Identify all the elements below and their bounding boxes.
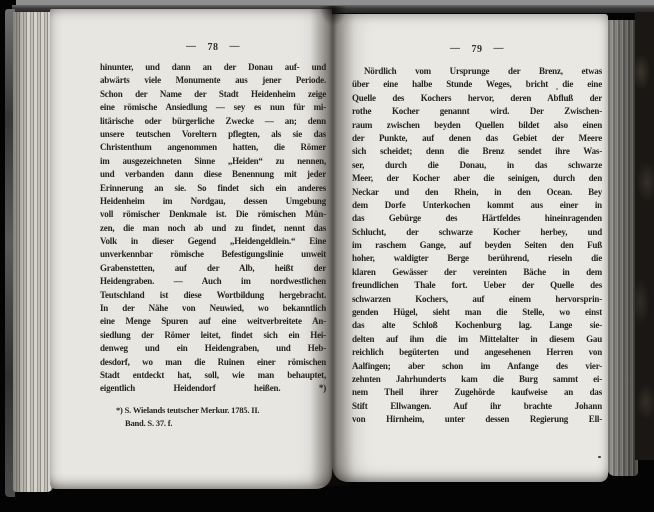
text-line: zehnten Jahrhunderts kam die Burg sammt …	[352, 373, 602, 386]
text-line: eine Menge Spuren auf eine weitverbreite…	[100, 315, 326, 328]
text-line: siedlung der Römer leitet, findet sich e…	[100, 329, 326, 342]
page-left: —78— hinunter, und dann an der Donau auf…	[50, 9, 332, 489]
text-line: sich scheidet; denn die Brenz sendet ihr…	[352, 145, 602, 158]
page-header-right: —79—	[352, 44, 602, 55]
text-line: im raschem Gange, auf beyden Seiten den …	[352, 239, 602, 252]
text-line: desdorf, wo man die Ruinen einer römisch…	[100, 356, 326, 369]
text-line: Neckar und den Rhein, in den Ocean. Bey	[352, 186, 602, 199]
text-line: dem Dorfe Unterkochen kommt aus einer in	[352, 199, 602, 212]
text-line: abwärts viele Monumente aus jener Period…	[100, 74, 326, 87]
page-number-right: 79	[472, 44, 483, 55]
text-line: Heidengraben. — Auch im nordwestlichen	[100, 275, 326, 288]
page-text-right: Nördlich vom Ursprunge der Brenz, etwasü…	[352, 65, 602, 427]
text-line: im ausgezeichneten Sinne „Heiden“ zu nen…	[100, 155, 326, 168]
text-line: rothe Kocher genannt wird. Der Zwischen-	[352, 105, 602, 118]
text-line: Stift Ellwangen. Auf ihr brachte Johann	[352, 400, 602, 413]
text-line: hoher, waldigter Berge berührend, riesel…	[352, 252, 602, 265]
book-cover-right	[635, 12, 654, 460]
text-line: Volk in dieser Gegend „Heidengeldlein.“ …	[100, 235, 326, 248]
text-line: der Punkte, auf denen das Gebiet der Mee…	[352, 132, 602, 145]
text-line: reichlich begüterten und angesehenen Her…	[352, 346, 602, 359]
text-line: Stadt entdeckt hat, soll, wie man behaup…	[100, 369, 326, 382]
text-line: eigentlich Heidendorf heißen. *)	[100, 382, 326, 395]
page-fore-edge-right	[607, 20, 638, 476]
text-line: unverkennbar römische Befestigungslinie …	[100, 248, 326, 261]
text-line: voll römischer Denkmale ist. Die römisch…	[100, 208, 326, 221]
page-fore-edge-left	[13, 12, 53, 492]
header-dash: —	[494, 43, 505, 54]
header-dash: —	[186, 41, 197, 52]
text-line: Quelle des Kochers hervor, deren Abfluß …	[352, 92, 602, 105]
text-line: denweg und ein Heidengraben, und Heb-	[100, 342, 326, 355]
text-line: Aalfingen; aber schon im Anfange des vie…	[352, 360, 602, 373]
text-line: litärische oder bürgerliche Zwecke — an;…	[100, 115, 326, 128]
text-line: Grabenstetten, auf der Alb, heißt der	[100, 262, 326, 275]
text-line: raum zwischen beyden Quellen bildet also…	[352, 119, 602, 132]
page-text-left: hinunter, und dann an der Donau auf- und…	[100, 61, 326, 396]
text-line: Band. S. 37. f.	[116, 417, 328, 430]
text-line: ser, durch die Donau, in das schwarze	[352, 159, 602, 172]
text-line: genden Hügel, sieht man die Stelle, wo e…	[352, 306, 602, 319]
header-dash: —	[230, 41, 241, 52]
text-line: Heidenheim im Nordgau, dessen Umgebung	[100, 195, 326, 208]
text-line: eine römische Ansiedlung — sey es nun fü…	[100, 101, 326, 114]
page-number-left: 78	[208, 42, 219, 53]
text-line: klaren Gewässer der vereinten Bäche in d…	[352, 266, 602, 279]
text-line: Erinnerung an sie. So findet sich ein an…	[100, 182, 326, 195]
text-line: freundlichen Thale fort. Ueber der Quell…	[352, 279, 602, 292]
text-line: schwarzen Kochers, auf einem hervorsprin…	[352, 293, 602, 306]
text-line: In der Nähe von Neuwied, wo bekanntlich	[100, 302, 326, 315]
text-line: hinunter, und dann an der Donau auf- und	[100, 61, 326, 74]
text-line: von Hirnheim, unter dessen Regierung Ell…	[352, 413, 602, 426]
text-line: und verbanden dann diese Benennung mit j…	[100, 168, 326, 181]
text-line: Schon der Name der Stadt Heidenheim zeig…	[100, 88, 326, 101]
text-line: nem Theil ihrer Zugehörde kaufweise an d…	[352, 386, 602, 399]
text-line: zen, die man noch ab und zu findet, nenn…	[100, 222, 326, 235]
text-line: Schlucht, der schwarze Kocher herbey, un…	[352, 226, 602, 239]
page-speck	[556, 88, 558, 90]
text-line: das alte Schloß Kochenburg lag. Lange si…	[352, 319, 602, 332]
text-line: Christenthum angenommen hatten, die Röme…	[100, 141, 326, 154]
page-speck	[598, 456, 601, 458]
text-line: Meer, der Kocher aber die seinigen, durc…	[352, 172, 602, 185]
text-line: delten auf ihm die im Mittelalter in die…	[352, 333, 602, 346]
text-line: Teutschland ist diese Wortbildung hergeb…	[100, 289, 326, 302]
text-line: über eine halbe Stunde Weges, bricht die…	[352, 78, 602, 91]
footnote: *) S. Wielands teutscher Merkur. 1785. I…	[116, 404, 328, 429]
page-right: —79— Nördlich vom Ursprunge der Brenz, e…	[332, 14, 608, 482]
text-line: unsere teutschen Voreltern pflegten, als…	[100, 128, 326, 141]
header-dash: —	[450, 43, 461, 54]
text-line: *) S. Wielands teutscher Merkur. 1785. I…	[116, 404, 328, 417]
text-line: das Gebürge des Härtfeldes hineinragende…	[352, 212, 602, 225]
page-header-left: —78—	[100, 42, 326, 53]
text-line: Nördlich vom Ursprunge der Brenz, etwas	[352, 65, 602, 78]
